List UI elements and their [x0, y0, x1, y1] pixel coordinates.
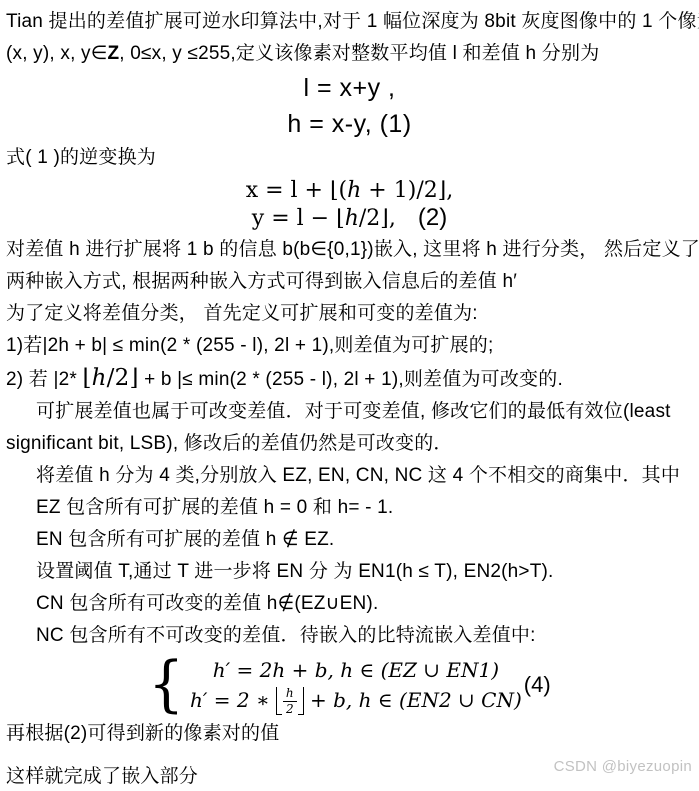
intro-line-2-pre: (x, y), x, y∈	[6, 43, 107, 64]
expand-line-1: 对差值 h 进行扩展将 1 b 的信息 b(b∈{0,1})嵌入, 这里将 h …	[6, 234, 693, 266]
condition-2-pre: 2) 若 |2*	[6, 369, 82, 390]
left-brace: {	[148, 652, 184, 719]
condition-1: 1)若|2h + b| ≤ min(2 * (255 - l), 2l + 1)…	[6, 330, 693, 362]
threshold-definition: 设置阈值 T,通过 T 进一步将 EN 分 为 EN1(h ≤ T), EN2(…	[6, 556, 693, 588]
csdn-watermark: CSDN @biyezuopin	[554, 758, 692, 775]
equation-4-rows: h′ = 2h + b, h ∈ (EZ ∪ EN1) h′ = 2 ∗ h2 …	[190, 655, 522, 716]
integer-set-symbol: Z	[107, 43, 119, 64]
document-body: Tian 提出的差值扩展可逆水印算法中,对于 1 幅位深度为 8bit 灰度图像…	[0, 0, 699, 791]
italic-h: h	[92, 365, 107, 391]
cn-definition: CN 包含所有可改变的差值 h∉(EZ∪EN).	[6, 588, 693, 620]
intro-line-2: (x, y), x, y∈Z, 0≤x, y ≤255,定义该像素对整数平均值 …	[6, 38, 693, 70]
en-definition: EN 包含所有可扩展的差值 h ∉ EZ.	[6, 524, 693, 556]
equation-4: { h′ = 2h + b, h ∈ (EZ ∪ EN1) h′ = 2 ∗ h…	[6, 654, 693, 716]
intro-line-2-post: , 0≤x, y ≤255,定义该像素对整数平均值 l 和差值 h 分别为	[119, 43, 599, 64]
ez-definition: EZ 包含所有可扩展的差值 h = 0 和 h= - 1.	[6, 492, 693, 524]
condition-2-post: + b |≤ min(2 * (255 - l), 2l + 1),则差值为可改…	[139, 369, 563, 390]
italic-h: h	[347, 178, 361, 203]
note-line-2: significant bit, LSB), 修改后的差值仍然是可改变的．	[6, 428, 693, 460]
equation-4-row-1: h′ = 2h + b, h ∈ (EZ ∪ EN1)	[213, 655, 499, 685]
after-eq4-line: 再根据(2)可得到新的像素对的值	[6, 718, 693, 750]
equation-4-row-2: h′ = 2 ∗ h2 + b, h ∈ (EN2 ∪ CN)	[190, 685, 522, 716]
formula-difference-eq1: h = x-y, (1)	[6, 106, 693, 142]
fraction-h-over-2: h2	[283, 687, 297, 715]
condition-2: 2) 若 |2* ⌊h/2⌋ + b |≤ min(2 * (255 - l),…	[6, 362, 693, 396]
formula-average: l = x+y ,	[6, 70, 693, 106]
floor-h-over-2-term: ⌊h/2⌋	[82, 365, 138, 391]
equation-4-row-2-post: + b, h ∈ (EN2 ∪ CN)	[304, 688, 522, 712]
nc-definition: NC 包含所有不可改变的差值．待嵌入的比特流嵌入差值中:	[6, 620, 693, 652]
inverse-intro: 式( 1 )的逆变换为	[6, 142, 693, 174]
intro-line-1: Tian 提出的差值扩展可逆水印算法中,对于 1 幅位深度为 8bit 灰度图像…	[6, 6, 693, 38]
note-line-1: 可扩展差值也属于可改变差值．对于可变差值, 修改它们的最低有效位(least	[6, 396, 693, 428]
classes-line: 将差值 h 分为 4 类,分别放入 EZ, EN, CN, NC 这 4 个不相…	[6, 460, 693, 492]
floor-open-bracket	[276, 687, 282, 715]
equation-2-label: (2)	[418, 204, 447, 231]
equation-4-label: (4)	[524, 672, 551, 698]
equation-4-row-2-pre: h′ = 2 ∗	[190, 688, 276, 712]
fraction-denominator: 2	[286, 702, 294, 716]
fraction-numerator: h	[283, 687, 297, 702]
equation-2-line-1: x = l + ⌊(h + 1)/2⌋,	[6, 177, 693, 204]
classify-intro: 为了定义将差值分类， 首先定义可扩展和可变的差值为:	[6, 298, 693, 330]
equation-2: x = l + ⌊(h + 1)/2⌋, y = l − ⌊h/2⌋,(2)	[6, 177, 693, 232]
italic-h: h	[345, 206, 359, 231]
expand-line-2: 两种嵌入方式, 根据两种嵌入方式可得到嵌入信息后的差值 h′	[6, 266, 693, 298]
equation-2-line-2: y = l − ⌊h/2⌋,(2)	[6, 204, 693, 232]
